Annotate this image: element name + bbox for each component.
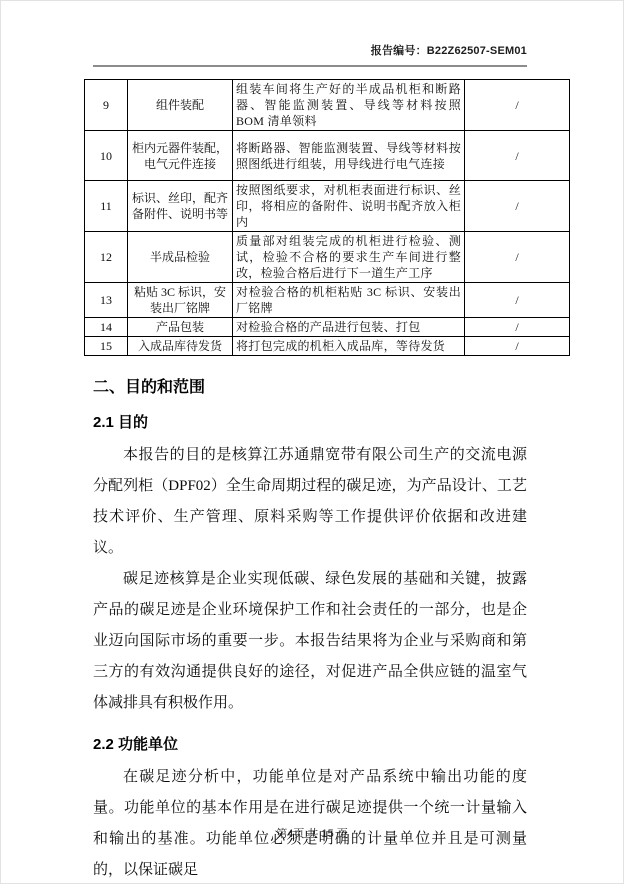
step-number: 11 — [85, 181, 128, 232]
subsection-title-purpose: 2.1 目的 — [93, 411, 527, 432]
step-description: 质量部对组装完成的机柜进行检验、测试，检验不合格的要求生产车间进行整改，检验合格… — [233, 232, 465, 283]
step-name: 柜内元器件装配，电气元件连接 — [128, 131, 233, 181]
step-remark: / — [465, 181, 570, 232]
report-number-value: B22Z62507-SEM01 — [427, 45, 527, 57]
subsection-title-functional-unit: 2.2 功能单位 — [93, 733, 527, 754]
page-header: 报告编号：B22Z62507-SEM01 — [93, 1, 527, 58]
step-name: 半成品检验 — [128, 232, 233, 283]
step-number: 9 — [85, 80, 128, 131]
step-remark: / — [465, 232, 570, 283]
step-description: 组装车间将生产好的半成品机柜和断路器、智能监测装置、导线等材料按照 BOM 清单… — [233, 80, 465, 131]
report-number-label: 报告编号： — [371, 45, 427, 57]
page-footer: 第4页 共 15 页 — [1, 825, 623, 841]
table-row: 15 入成品库待发货 将打包完成的机柜入成品库，等待发货 / — [85, 337, 570, 356]
table-row: 13 粘贴 3C 标识，安装出厂铭牌 对检验合格的机柜粘贴 3C 标识、安装出厂… — [85, 283, 570, 318]
step-remark: / — [465, 337, 570, 356]
step-remark: / — [465, 80, 570, 131]
step-name: 入成品库待发货 — [128, 337, 233, 356]
step-number: 14 — [85, 318, 128, 337]
header-rule — [93, 65, 527, 67]
section-title: 二、目的和范围 — [93, 374, 527, 397]
document-page: 报告编号：B22Z62507-SEM01 9 组件装配 组装车间将生产好的半成品… — [0, 0, 624, 884]
step-description: 对检验合格的机柜粘贴 3C 标识、安装出厂铭牌 — [233, 283, 465, 318]
table-row: 10 柜内元器件装配，电气元件连接 将断路器、智能监测装置、导线等材料按照图纸进… — [85, 131, 570, 181]
process-steps-table: 9 组件装配 组装车间将生产好的半成品机柜和断路器、智能监测装置、导线等材料按照… — [84, 79, 570, 356]
step-name: 组件装配 — [128, 80, 233, 131]
table-row: 9 组件装配 组装车间将生产好的半成品机柜和断路器、智能监测装置、导线等材料按照… — [85, 80, 570, 131]
step-name: 标识、丝印，配齐备附件、说明书等 — [128, 181, 233, 232]
page-number: 第4页 共 15 页 — [276, 828, 348, 840]
step-remark: / — [465, 131, 570, 181]
step-remark: / — [465, 318, 570, 337]
step-name: 粘贴 3C 标识，安装出厂铭牌 — [128, 283, 233, 318]
step-number: 13 — [85, 283, 128, 318]
step-remark: / — [465, 283, 570, 318]
step-description: 按照图纸要求，对机柜表面进行标识、丝印，将相应的备附件、说明书配齐放入柜内 — [233, 181, 465, 232]
step-number: 12 — [85, 232, 128, 283]
table-row: 14 产品包装 对检验合格的产品进行包装、打包 / — [85, 318, 570, 337]
step-name: 产品包装 — [128, 318, 233, 337]
paragraph-purpose-1: 本报告的目的是核算江苏通鼎宽带有限公司生产的交流电源分配列柜（DPF02）全生命… — [93, 440, 527, 564]
step-description: 将断路器、智能监测装置、导线等材料按照图纸进行组装，用导线进行电气连接 — [233, 131, 465, 181]
step-description: 对检验合格的产品进行包装、打包 — [233, 318, 465, 337]
step-number: 10 — [85, 131, 128, 181]
table-row: 12 半成品检验 质量部对组装完成的机柜进行检验、测试，检验不合格的要求生产车间… — [85, 232, 570, 283]
paragraph-purpose-2: 碳足迹核算是企业实现低碳、绿色发展的基础和关键，披露产品的碳足迹是企业环境保护工… — [93, 564, 527, 719]
step-number: 15 — [85, 337, 128, 356]
paragraph-functional-unit-1: 在碳足迹分析中，功能单位是对产品系统中输出功能的度量。功能单位的基本作用是在进行… — [93, 762, 527, 884]
step-description: 将打包完成的机柜入成品库，等待发货 — [233, 337, 465, 356]
table-row: 11 标识、丝印，配齐备附件、说明书等 按照图纸要求，对机柜表面进行标识、丝印，… — [85, 181, 570, 232]
